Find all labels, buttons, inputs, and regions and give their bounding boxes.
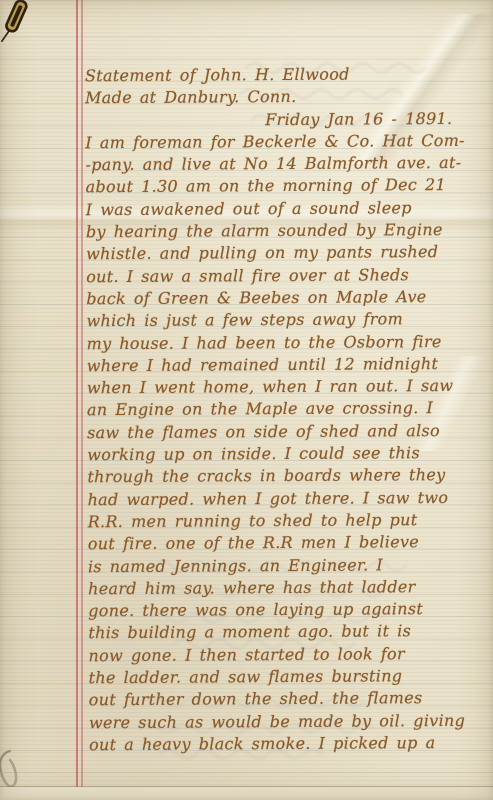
handwritten-line: by hearing the alarm sounded by Engine [86,219,478,244]
handwritten-line: R.R. men running to shed to help put [88,509,480,534]
date-line: Friday Jan 16 - 1891. [85,107,477,132]
handwritten-line: had warped. when I got there. I saw two [87,486,479,511]
handwritten-line: is named Jennings. an Engineer. I [88,553,480,578]
paper-clip-icon [0,746,25,798]
handwritten-line: my house. I had been to the Osborn fire [87,330,479,355]
handwritten-line: out a heavy black smoke. I picked up a [89,732,481,757]
handwritten-line: through the cracks in boards where they [87,464,479,489]
ink-speck [123,789,126,792]
statement-heading-line: Statement of John. H. Ellwood [85,63,477,88]
statement-heading-line: Made at Danbury. Conn. [85,85,477,110]
handwritten-line: back of Green & Beebes on Maple Ave [86,286,478,311]
handwritten-line: out fire. one of the R.R men I believe [88,531,480,556]
handwritten-line: I am foreman for Beckerle & Co. Hat Com- [85,130,477,155]
handwritten-line: where I had remained until 12 midnight [87,353,479,378]
handwritten-line: whistle. and pulling on my pants rushed [86,241,478,266]
handwritten-line: -pany. and live at No 14 Balmforth ave. … [85,152,477,177]
red-margin-line-inner [81,0,83,800]
handwritten-line: saw the flames on side of shed and also [87,420,479,445]
document-scan-page: Statement of John. H. Ellwood Made at Da… [0,0,493,800]
red-margin-line [76,0,78,800]
handwritten-line: about 1.30 am on the morning of Dec 21 [86,174,478,199]
handwritten-line: which is just a few steps away from [86,308,478,333]
handwritten-line: out further down the shed. the flames [89,687,481,712]
handwritten-line: this building a moment ago. but it is [88,620,480,645]
handwritten-line: I was awakened out of a sound sleep [86,197,478,222]
handwritten-line: out. I saw a small fire over at Sheds [86,263,478,288]
handwritten-line: now gone. I then started to look for [88,643,480,668]
handwritten-line: an Engine on the Maple ave crossing. I [87,397,479,422]
paper-bottom-edge [0,786,493,800]
handwritten-line: were such as would be made by oil. givin… [89,709,481,734]
handwritten-text-block: Statement of John. H. Ellwood Made at Da… [85,63,481,757]
brass-fastener-icon [0,0,42,60]
handwritten-line: heard him say. where has that ladder [88,576,480,601]
handwritten-line: gone. there was one laying up against [88,598,480,623]
handwritten-line: working up on inside. I could see this [87,442,479,467]
handwritten-line: the ladder. and saw flames bursting [89,665,481,690]
handwritten-line: when I went home, when I ran out. I saw [87,375,479,400]
